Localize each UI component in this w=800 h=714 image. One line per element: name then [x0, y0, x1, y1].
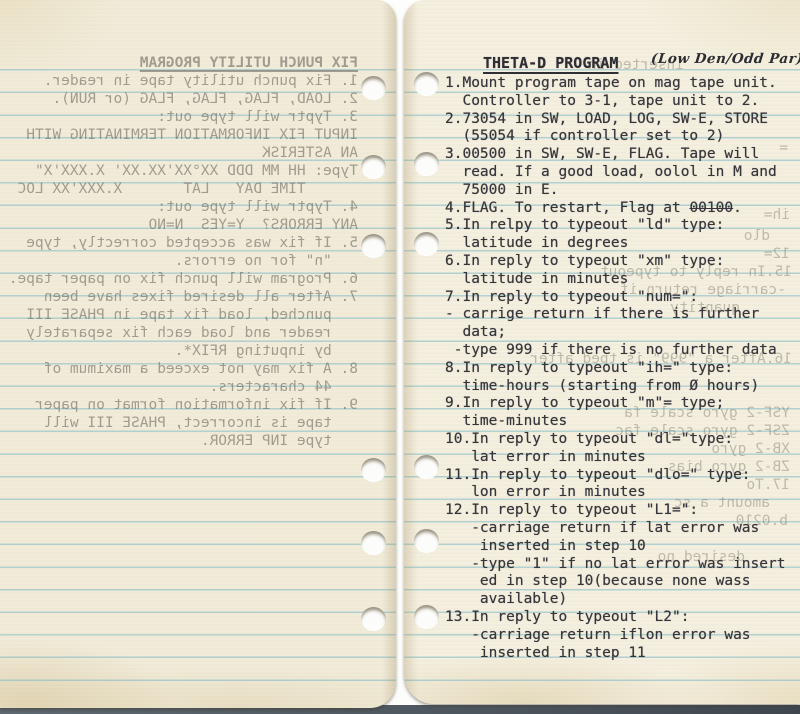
binder-hole: [414, 152, 439, 176]
text-line: reader and load each fix separately: [0, 324, 358, 342]
right-page: inserted in=ih=dlo12=15.In reply to type…: [404, 0, 800, 704]
text-line: ANY ERRORS? Y=YES N=NO: [0, 216, 358, 234]
bleedthrough-text-block: FIX PUNCH UTILITY PROGRAM 1. Fix punch u…: [0, 54, 358, 450]
text-line: lon error in minutes: [445, 484, 785, 502]
text-line: 4.FLAG. To restart, Flag at 00100.: [445, 200, 785, 218]
text-line: -type "1" if no lat error was insert: [445, 556, 785, 574]
binder-hole: [361, 76, 386, 100]
binder-hole: [414, 455, 439, 479]
text-line: Type: HH MM DDD XX°XX'XX.XX' X.XXX'X": [0, 162, 358, 180]
text-line: (55054 if controller set to 2): [445, 128, 785, 146]
text-line: -type 999 if there is no further data: [445, 342, 785, 360]
binder-hole: [361, 607, 386, 631]
binder-hole: [361, 234, 386, 258]
text-line: TIME DAY LAT X.XXX'XX LOC: [0, 180, 358, 198]
text-line: inserted in step 10: [445, 538, 785, 556]
text-line: 6. Program will punch fix on paper tape.: [0, 270, 358, 288]
text-line: inserted in step 11: [445, 645, 785, 663]
handwritten-annotation: (Low Den/Odd Par): [650, 51, 800, 67]
text-line: 12.In reply to typeout "L1=":: [445, 502, 785, 520]
text-line: lat error in minutes: [445, 449, 785, 467]
text-line: 11.In reply to typeout "dlo=" type:: [445, 467, 785, 485]
binder-hole: [414, 529, 439, 553]
text-line: 6.In reply to typeout "xm" type:: [445, 253, 785, 271]
binder-hole: [414, 605, 439, 629]
text-line: 75000 in E.: [445, 182, 785, 200]
binder-hole: [414, 232, 439, 256]
text-line: 2. LOAD, FLAG, FLAG, FLAG (or RUN).: [0, 90, 358, 108]
text-line: AN ASTERISK: [0, 144, 358, 162]
text-line: 3.00500 in SW, SW-E, FLAG. Tape will: [445, 146, 785, 164]
text-line: 2.73054 in SW, LOAD, LOG, SW-E, STORE: [445, 111, 785, 129]
overstruck-text: 00100: [689, 200, 733, 216]
page-title: THETA-D PROGRAM: [483, 54, 618, 72]
binder-hole: [361, 531, 386, 555]
text-line: data;: [445, 324, 785, 342]
text-line: "n" for no errors.: [0, 252, 358, 270]
text-line: 44 characters.: [0, 378, 358, 396]
text-line: 7. After all desired fixes have been: [0, 288, 358, 306]
typed-text-block: 1.Mount program tape on mag tape unit. C…: [445, 75, 785, 662]
text-line: -carriage return if lat error was: [445, 520, 785, 538]
text-line: time-minutes: [445, 413, 785, 431]
text-line: -carriage return iflon error was: [445, 627, 785, 645]
text-line: 9. If fix information format on paper: [0, 396, 358, 414]
text-line: ed in step 10(because none wass: [445, 573, 785, 591]
text-line: - carrige return if there is further: [445, 306, 785, 324]
text-line: 8.In reply to typeout "ih=" type:: [445, 360, 785, 378]
text-line: 7.In reply to typeout "num=":: [445, 289, 785, 307]
text-line: 10.In reply to typeout "dl="type:: [445, 431, 785, 449]
text-line: latitude in degrees: [445, 235, 785, 253]
binder-hole: [414, 72, 439, 96]
text-line: time-hours (starting from Ø hours): [445, 378, 785, 396]
left-page: FIX PUNCH UTILITY PROGRAM 1. Fix punch u…: [0, 0, 396, 708]
text-line: INPUT FIX INFORMATION TERMINATING WITH: [0, 126, 358, 144]
text-line: 4. Typtr will type out:: [0, 198, 358, 216]
text-line: Controller to 3-1, tape unit to 2.: [445, 93, 785, 111]
text-line: 5. If fix was accepted correctly, type: [0, 234, 358, 252]
text-line: 1.Mount program tape on mag tape unit.: [445, 75, 785, 93]
text-line: 3. Typtr will type out:: [0, 108, 358, 126]
text-line: 5.In relpy to typeout "ld" type:: [445, 217, 785, 235]
binder-hole: [361, 458, 386, 482]
text-line: 8. A fix may not exceed a maximum of: [0, 360, 358, 378]
text-line: punched, load fix tape in PHASE III: [0, 306, 358, 324]
text-line: available): [445, 591, 785, 609]
bleedthrough-title: FIX PUNCH UTILITY PROGRAM: [0, 54, 358, 72]
binder-hole: [361, 155, 386, 179]
text-line: 13.In reply to typeout "L2":: [445, 609, 785, 627]
text-line: tape is incorrect, PHASE III will: [0, 414, 358, 432]
text-line: read. If a good load, oolol in M and: [445, 164, 785, 182]
text-line: latitude in minutes: [445, 271, 785, 289]
text-line: 1. Fix punch utility tape in reader.: [0, 72, 358, 90]
text-line: type INP ERROR.: [0, 432, 358, 450]
bleedthrough-lines: 1. Fix punch utility tape in reader.2. L…: [0, 72, 358, 450]
text-line: by inputing RFIX*.: [0, 342, 358, 360]
text-line: 9.In reply to typeout "m"= type;: [445, 395, 785, 413]
scanned-notebook-spread: FIX PUNCH UTILITY PROGRAM 1. Fix punch u…: [0, 0, 800, 714]
